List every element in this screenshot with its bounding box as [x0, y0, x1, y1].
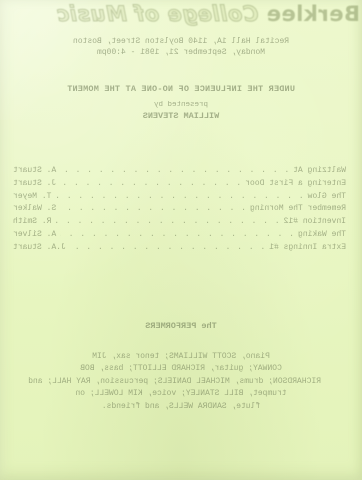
dot-leader: . . . . . . . . . . . . . . . . . . . . …	[60, 203, 246, 216]
berklee-logo: Berklee College of Music	[20, 2, 360, 26]
program-row: Waltzing At . . . . . . . . . . . . . . …	[13, 165, 346, 178]
dot-leader: . . . . . . . . . . . . . . . . . . . . …	[60, 229, 294, 242]
performers-line: flute, SANDRA WELLS, and friends.	[41, 401, 321, 413]
dot-leader: . . . . . . . . . . . . . . . . . . . . …	[60, 178, 241, 191]
composer-name: A. Silver	[13, 229, 56, 242]
presenter-name: WILLIAM STEVENS	[0, 111, 362, 121]
program-row: The Glow . . . . . . . . . . . . . . . .…	[13, 191, 346, 204]
logo-wordmark-script: College of Music	[56, 2, 258, 26]
piece-title: Waltzing At	[293, 165, 346, 178]
program-row: Remember The Morning . . . . . . . . . .…	[13, 203, 346, 216]
performers-paragraph: Piano, SCOTT WILLIAMS; tenor sax, JIMCON…	[41, 351, 321, 413]
venue-line: Recital Hall 1A, 1140 Boylston Street, B…	[0, 37, 362, 46]
piece-title: The Glow	[308, 191, 346, 204]
program-row: Invention #12 . . . . . . . . . . . . . …	[13, 216, 346, 229]
composer-name: A. Stuart	[13, 165, 56, 178]
dot-leader: . . . . . . . . . . . . . . . . . . . . …	[70, 242, 265, 255]
performers-line: CONWAY; guitar, RICHARD ELLIOTT; bass, B…	[41, 363, 321, 375]
dot-leader: . . . . . . . . . . . . . . . . . . . . …	[55, 216, 279, 229]
composer-name: R. Smith	[13, 216, 51, 229]
recital-title: UNDER THE INFLUENCE OF NO-ONE AT THE MOM…	[0, 84, 362, 94]
date-line: Monday, September 21, 1981 - 4:00pm	[0, 48, 362, 57]
piece-title: Invention #12	[284, 216, 346, 229]
mirrored-showthrough-layer: Berklee College of Music Recital Hall 1A…	[0, 0, 362, 480]
presented-by-label: presented by	[0, 101, 362, 109]
composer-name: S. Walker	[13, 203, 56, 216]
logo-wordmark-bold: Berklee	[266, 2, 360, 26]
scanned-program-page: Berklee College of Music Recital Hall 1A…	[0, 0, 362, 480]
dot-leader: . . . . . . . . . . . . . . . . . . . . …	[55, 191, 303, 204]
piece-title: Extra Innings #1	[269, 242, 346, 255]
program-row: Extra Innings #1 . . . . . . . . . . . .…	[13, 242, 346, 255]
piece-title: Remember The Morning	[250, 203, 346, 216]
program-row: The Waking . . . . . . . . . . . . . . .…	[13, 229, 346, 242]
composer-name: J. Stuart	[13, 178, 56, 191]
composer-name: J.A. Stuart	[13, 242, 66, 255]
piece-title: Entering a First Door	[245, 178, 346, 191]
performers-line: Piano, SCOTT WILLIAMS; tenor sax, JIM	[41, 351, 321, 363]
composer-name: T. Meyer	[13, 191, 51, 204]
program-row: Entering a First Door . . . . . . . . . …	[13, 178, 346, 191]
performers-heading: The PERFORMERS	[0, 321, 362, 331]
dot-leader: . . . . . . . . . . . . . . . . . . . . …	[60, 165, 289, 178]
performers-line: RICHARDSON; drums, MICHAEL DANIELS; perc…	[41, 376, 321, 388]
program-list: Waltzing At . . . . . . . . . . . . . . …	[13, 165, 346, 255]
piece-title: The Waking	[298, 229, 346, 242]
performers-line: trumpet, BILL STANLEY; voice, KIM LOWELL…	[41, 388, 321, 400]
